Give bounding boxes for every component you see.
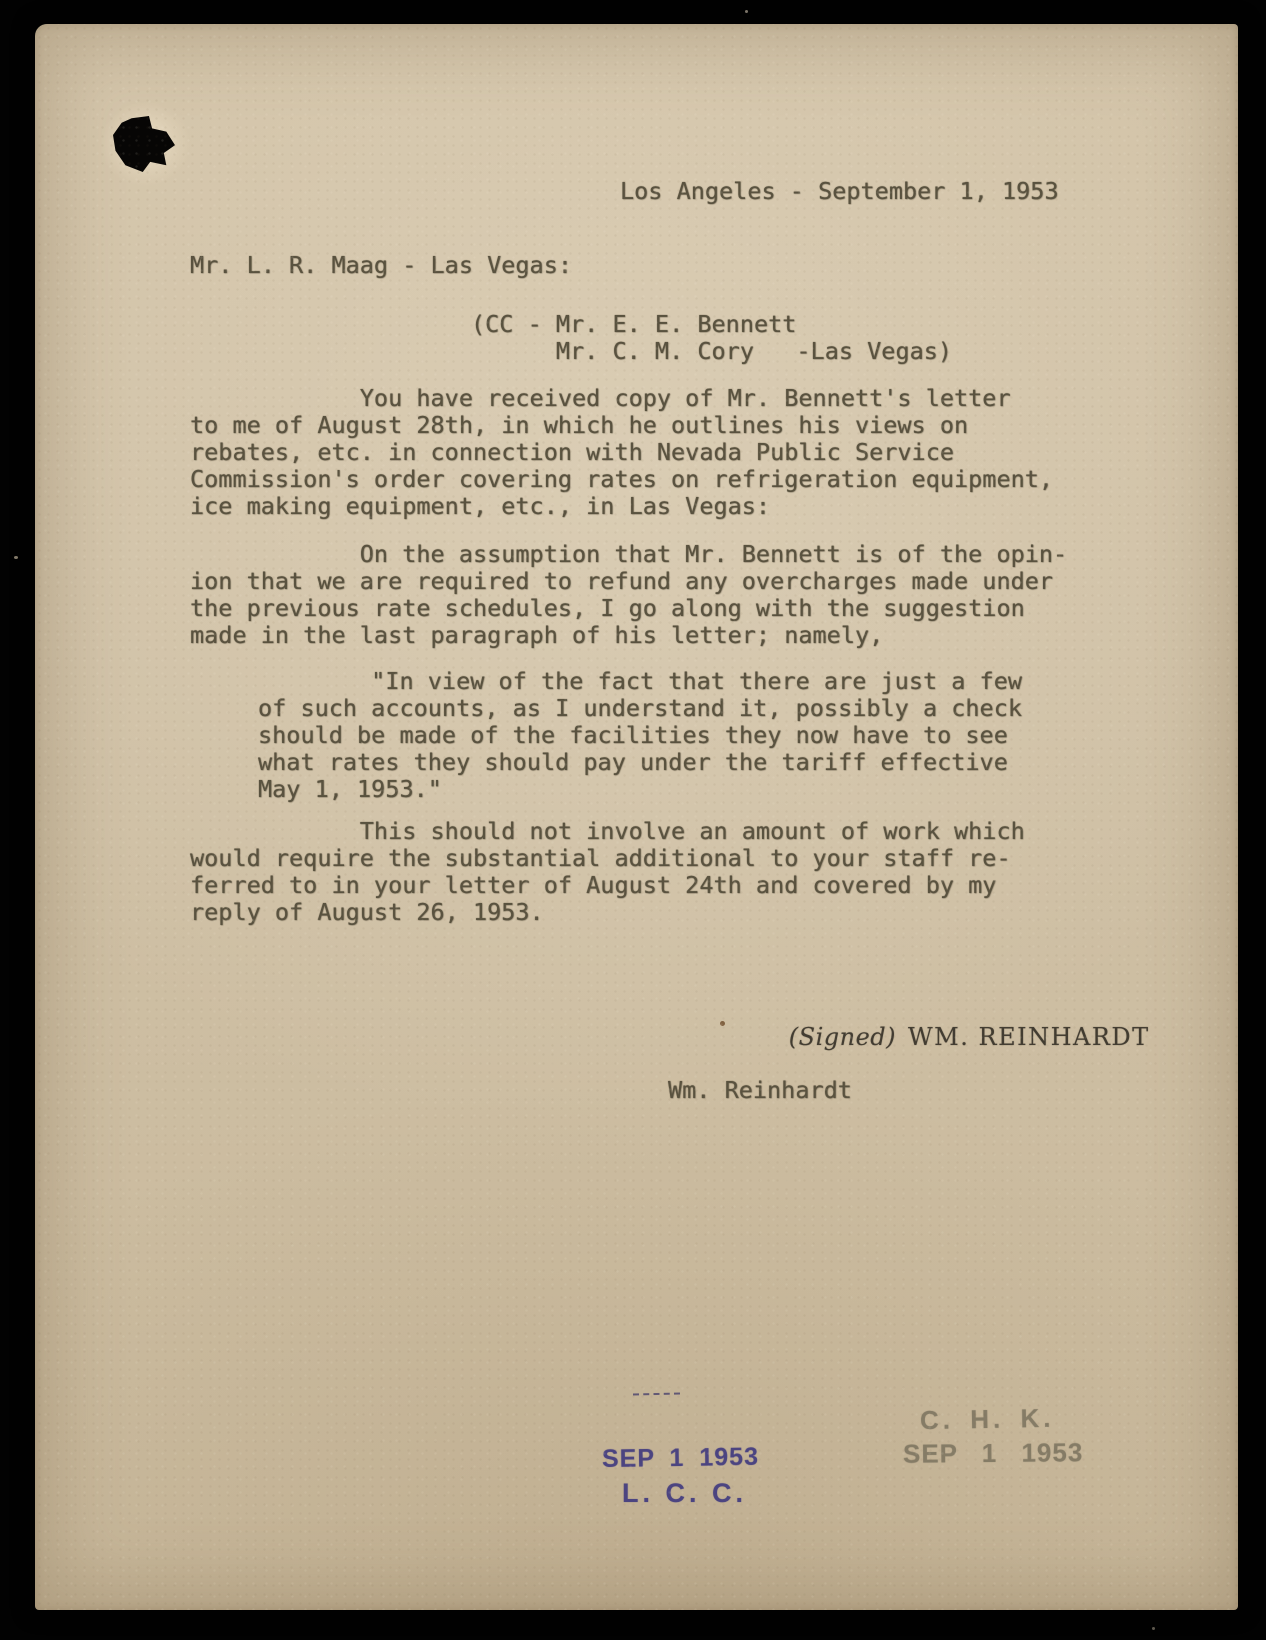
body-paragraph-2: On the assumption that Mr. Bennett is of… <box>190 541 1067 649</box>
dust-speck <box>745 10 748 13</box>
dust-speck <box>1152 1627 1155 1630</box>
addressee-line: Mr. L. R. Maag - Las Vegas: <box>190 252 572 279</box>
punch-hole <box>113 116 175 172</box>
signed-stamp-name: WM. REINHARDT <box>908 1023 1150 1051</box>
pen-dash-mark <box>633 1393 680 1396</box>
dateline: Los Angeles - September 1, 1953 <box>620 178 1059 205</box>
body-paragraph-3: This should not involve an amount of wor… <box>190 818 1025 926</box>
typed-signature: Wm. Reinhardt <box>668 1077 852 1104</box>
initials-stamp-left: L. C. C. <box>622 1478 747 1509</box>
body-paragraph-1: You have received copy of Mr. Bennett's … <box>190 385 1053 520</box>
quotation-block: "In view of the fact that there are just… <box>258 668 1022 803</box>
ink-speck <box>720 1021 725 1026</box>
letter-page: Los Angeles - September 1, 1953 Mr. L. R… <box>35 24 1238 1610</box>
signed-stamp: (Signed)WM. REINHARDT <box>740 995 1150 1079</box>
initials-stamp-right: C. H. K. <box>920 1403 1055 1436</box>
received-date-stamp-left: SEP 1 1953 <box>602 1443 759 1474</box>
punch-hole-halo <box>87 90 203 198</box>
dust-speck <box>14 556 18 559</box>
received-date-stamp-right: SEP 1 1953 <box>903 1437 1084 1470</box>
cc-block: (CC - Mr. E. E. Bennett Mr. C. M. Cory -… <box>471 311 952 365</box>
signed-stamp-label: (Signed) <box>789 1023 896 1051</box>
scan-background: Los Angeles - September 1, 1953 Mr. L. R… <box>0 0 1266 1640</box>
